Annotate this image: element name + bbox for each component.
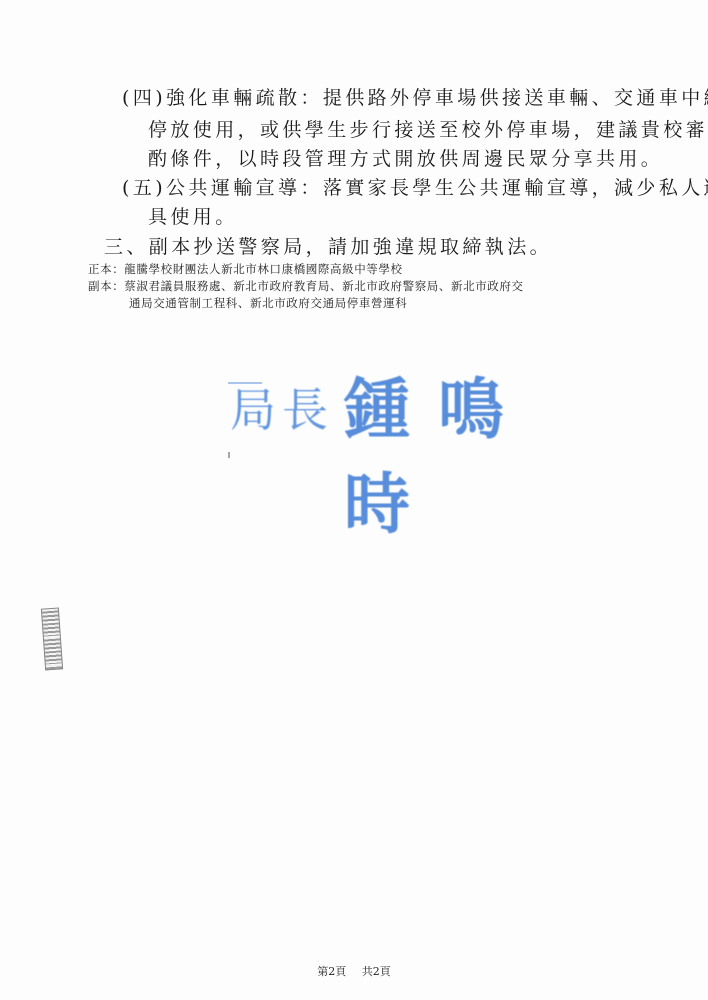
margin-seal-icon: [41, 607, 63, 670]
stamp-name: 鍾鳴時: [344, 356, 602, 546]
page-number: 第2頁: [317, 965, 346, 978]
seal-cell: [44, 636, 61, 651]
original-recipient: 正本：龍騰學校財團法人新北市林口康橋國際高級中等學校: [88, 262, 403, 276]
seal-cell: [43, 622, 60, 637]
item-five-line-2: 具使用。: [148, 205, 238, 229]
copy-recipients-line-1: 副本：蔡淑君議員服務處、新北市政府教育局、新北市政府警察局、新北市政府交: [88, 279, 524, 293]
section-three: 三、副本抄送警察局，請加強違規取締執法。: [104, 235, 552, 259]
copy-recipients-line-2: 通局交通管制工程科、新北市政府交通局停車營運科: [129, 296, 407, 310]
stamp-title: 局長: [230, 374, 334, 440]
seal-cell: [45, 650, 62, 665]
page-total: 共2頁: [362, 965, 391, 978]
item-four-line-3: 酌條件，以時段管理方式開放供周邊民眾分享共用。: [148, 147, 663, 171]
item-four-line-2: 停放使用，或供學生步行接送至校外停車場，建議貴校審: [148, 118, 708, 142]
stamp-tick: [228, 452, 230, 458]
item-five-line-1: (五)公共運輸宣導：落實家長學生公共運輸宣導，減少私人運: [122, 176, 708, 200]
item-four-line-1: (四)強化車輛疏散：提供路外停車場供接送車輛、交通車中繼: [122, 86, 708, 110]
signature-stamp: 局長 鍾鳴時: [222, 352, 602, 452]
document-page: (四)強化車輛疏散：提供路外停車場供接送車輛、交通車中繼 停放使用，或供學生步行…: [0, 0, 708, 1000]
seal-cell: [42, 609, 59, 624]
page-footer: 第2頁 共2頁: [0, 963, 708, 979]
